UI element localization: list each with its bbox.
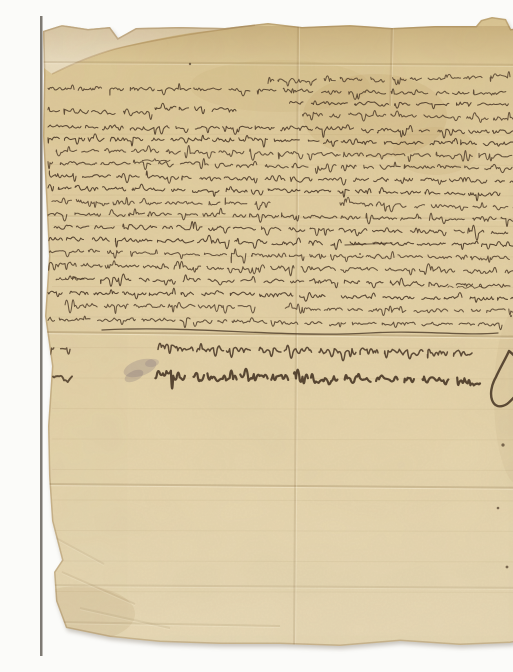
paper-grain-texture [40, 16, 513, 656]
scanned-letter: Scan of an aged, yellowed, creased sheet… [40, 16, 513, 656]
letter-scan-svg [40, 16, 513, 656]
scanner-edge-shadow [40, 16, 43, 656]
